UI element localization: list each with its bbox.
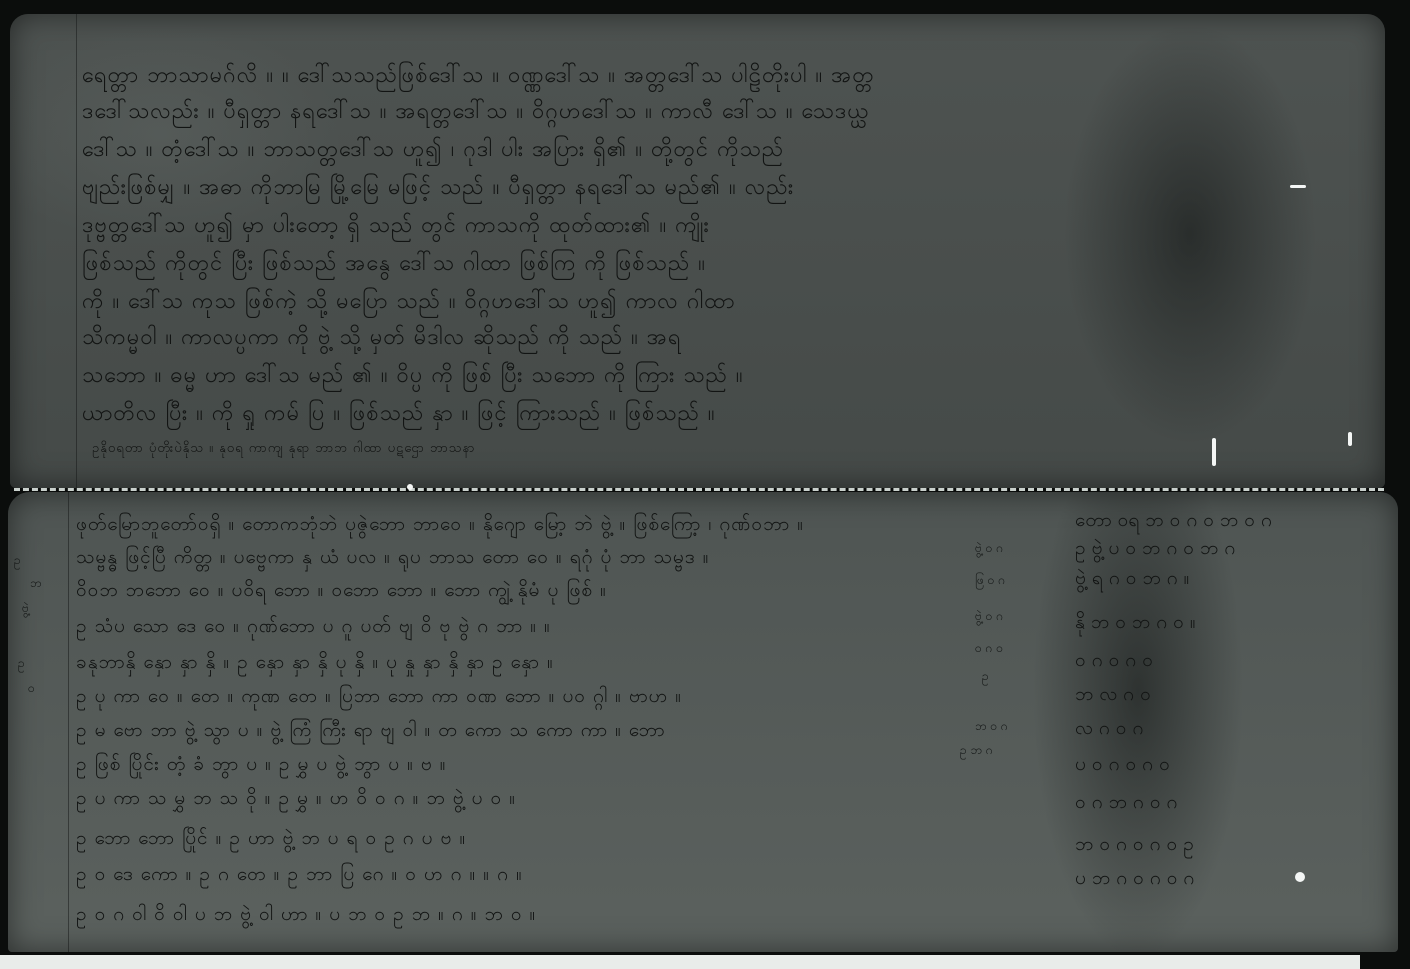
- margin-gloss: ဥ: [18, 655, 25, 673]
- lower-text-line: သမ္ဗန္ဓ ဖြင့်ပြီ ကိတ္တ ။ ပဗ္ဗေကာ နှ ယံ ပ…: [76, 545, 709, 573]
- light-speck: [1348, 432, 1352, 446]
- lower-text-line: ဥ ဝ ဂ ဝါ ဝိ ဝါ ပ ဘ ဗွဲ့ ဝါ ဟာ ။ ပ ဘ ဝ ဥ …: [76, 902, 536, 930]
- upper-text-line: ဖြစ်သည် ကိုတွင် ပြီး ဖြစ်သည် အနွေ ဒေါ်သ …: [82, 248, 706, 281]
- right-column-line: လ ဂ ဝ ဂ: [1075, 716, 1143, 744]
- lower-text-line: ဝိဝဘ ဘဘော ဝေ ။ ပဝိရ ဘော ။ ဝဘော ဘော ။ ဘော…: [76, 578, 607, 606]
- upper-text-line: ဒဒေါ်သလည်း ။ ပီရှတ္တာ နရဒေါ်သ ။ အရတ္တဒေါ…: [82, 96, 870, 129]
- margin-rule: [68, 492, 69, 952]
- lower-text-line: ဥ မ ဗော ဘာ ဗွဲ့ သွာ ပ ။ ဗွဲ့ ကြံ ကြီး ရာ…: [76, 718, 666, 746]
- margin-gloss: ဝ: [28, 680, 35, 698]
- margin-gloss: ဗွဲ့: [22, 600, 29, 618]
- lower-text-line: ဥ ပု ကာ ဝေ ။ ဝော ။ ကုဏ ဝော ။ ပြဘာ ဘော ကာ…: [76, 684, 682, 712]
- lower-text-line: ခနုဘာနှိ နှော နှာ နှိ ။ ဥ နှော နှာ နှိ ပ…: [76, 650, 554, 678]
- lower-text-line: ဥ ပ ကာ သ မွှ ဘ သ ဝို ။ ဥ မွှ ။ ဟ ဝိ ဝ ဂ …: [76, 786, 516, 814]
- upper-text-line: သိကမ္မဝါ ။ ကာလပ္ပကာ ကို ဗွဲ့ သို့ မှတ် မ…: [82, 322, 682, 355]
- right-column-line: ဘ ဝ ဂ ဝ ဂ ဝ ဥ: [1075, 832, 1194, 860]
- upper-text-line: ဒုဗ္ဗတ္တဒေါ်သ ဟူ၍ မှာ ပါးတော့ ရှိ သည် တွ…: [82, 210, 710, 243]
- right-column-line: ဘ လ ဂ ဝ: [1075, 682, 1151, 710]
- margin-gloss: ဥ: [14, 552, 21, 570]
- interlinear-gloss: ဥ: [982, 668, 989, 686]
- upper-text-line: ယာတိလ ပြီး ။ ကို ရှု ကမ် ပြ ။ ဖြစ်သည် နှ…: [82, 398, 716, 431]
- right-column-line: ဝ ဂ ဝ ဂ ဝ: [1075, 648, 1153, 676]
- upper-text-line: ဗျည်းဖြစ်မျှ ။ အဓာ ကိုဘာမြ မြို့မြေ မဖြင…: [82, 172, 794, 205]
- light-speck: [1290, 185, 1306, 188]
- light-speck: [1212, 438, 1216, 466]
- upper-text-line-small: ဥနိုဝရတာ ပုံတိုးပဲနိုသ ။ နုဝရ ကာကျ နုရာ …: [92, 440, 475, 459]
- upper-text-line: ကို ။ ဒေါ်သ ကုသ ဖြစ်ကဲ့ သို့ မပြော သည် ။…: [82, 286, 736, 319]
- light-speck: [407, 484, 413, 490]
- right-column-line: ပ ဝ ဂ ဝ ဂ ဝ: [1075, 752, 1170, 780]
- margin-gloss: ဘ: [30, 575, 42, 593]
- interlinear-gloss: ဝ ဂ ဝ: [975, 640, 1003, 658]
- fold-line: [14, 488, 1384, 491]
- lower-text-line: ဥ ဘော ဘော ပြိုင် ။ ဥ ဟာ ဗွဲ့ ဘ ပ ရ ဝ ဥ ဂ…: [76, 826, 466, 854]
- interlinear-gloss: ဘ ဝ ဂ: [975, 718, 1008, 736]
- interlinear-gloss: ဥ ဘ ဂ: [960, 742, 993, 760]
- right-column-line: တော ဝရ ဘ ဝ ဂ ဝ ဘ ဝ ဂ: [1075, 508, 1272, 536]
- lower-text-line: ဖုတ်မြောဘူတော်ဝရှိ ။ တောကဘုံဘဲ ပုဇွဲဘော …: [76, 512, 804, 540]
- right-column-line: နို ဘ ဝ ဘ ဂ ဝ ။: [1075, 610, 1196, 638]
- right-column-line: ဗွဲ့ ရ ဂ ဝ ဘ ဂ ။: [1075, 566, 1189, 594]
- interlinear-gloss: ဖြ ဝ ဂ: [975, 572, 1005, 590]
- light-speck: [1295, 872, 1305, 882]
- interlinear-gloss: ဗွဲ့ ဝ ဂ: [975, 540, 1003, 558]
- upper-text-line: သဘော ။ ဓမ္မ ဟာ ဒေါ်သ မည် ၏ ။ ဝိပ္ပ ကို ဖ…: [82, 360, 744, 393]
- right-column-line: ပ ဘ ဂ ဝ ဂ ဝ ဂ: [1075, 866, 1194, 894]
- bottom-edge: [0, 955, 1360, 969]
- upper-text-line: ရေတ္တာ ဘာသာမဂ်လိ ။ ။ ဒေါ်သသည်ဖြစ်ဒေါ်သ ။…: [82, 60, 875, 93]
- interlinear-gloss: ဗွဲ့ ဝ ဂ: [975, 608, 1003, 626]
- right-column-line: ဥ ဗွဲ့ ပ ဝ ဘ ဂ ဝ ဘ ဂ: [1075, 536, 1235, 564]
- right-column-line: ဝ ဂ ဘ ဂ ဝ ဂ: [1075, 790, 1177, 818]
- margin-rule: [76, 14, 77, 488]
- lower-text-line: ဥ ဝ ဒေ ကော ။ ဥ ဂ ဝော ။ ဥ ဘာ ပြ ဂေ ။ ဝ ဟ …: [76, 862, 523, 890]
- lower-text-line: ဥ သံပ သော ဒေ ဝေ ။ ဂုဏ်ဘော ပ ဂူ ပတ် ဗျ ဝိ…: [76, 614, 551, 642]
- lower-text-line: ဥ ဖြစ် ပြိုင်း တံ့ ခံ ဘွာ ပ ။ ဥ မွှ ပ ဗွ…: [76, 752, 447, 780]
- upper-text-line: ဒေါ်သ ။ တံ့ဒေါ်သ ။ ဘာသတ္တဒေါ်သ ဟူ၍ ၊ ဂုဒ…: [82, 134, 784, 167]
